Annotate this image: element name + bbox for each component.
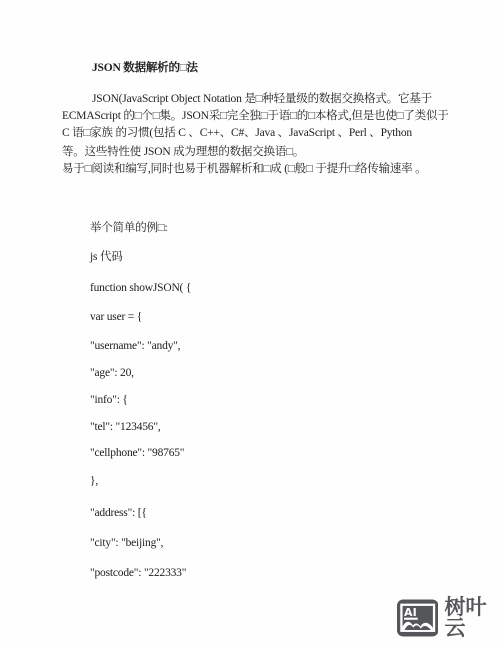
document-page: JSON 数据解析的□法 JSON(JavaScript Object Nota… [0, 0, 500, 647]
code-line: var user = { [90, 310, 142, 324]
code-line: "cellphone": "98765" [90, 446, 184, 460]
page-title: JSON 数据解析的□法 [92, 61, 198, 75]
paragraph-line: C 语□家族 的习惯(包括 C 、C++、C#、Java 、JavaScript… [62, 126, 412, 140]
watermark-logo-text: AI [404, 606, 417, 619]
code-line: "address": [{ [90, 506, 147, 520]
code-label: js 代码 [90, 250, 123, 264]
paragraph-line: 等。这些特性使 JSON 成为理想的数据交换语□。 [62, 145, 304, 159]
code-line: function showJSON( { [90, 281, 191, 295]
paragraph-line: 易于□阅读和编写,同时也易于机器解析和□成 (□般□ 于提升□络传输速率 。 [62, 162, 426, 176]
code-line: "username": "andy", [90, 339, 180, 353]
code-line: "info": { [90, 393, 128, 407]
code-line: "tel": "123456", [90, 420, 161, 434]
code-line: "postcode": "222333" [90, 566, 186, 580]
example-heading: 举个简单的例□: [90, 221, 168, 235]
code-line: }, [90, 474, 98, 488]
code-line: "age": 20, [90, 366, 134, 380]
paragraph-line: JSON(JavaScript Object Notation 是□种轻量级的数… [92, 92, 432, 106]
ai-image-icon: AI [397, 597, 438, 639]
paragraph-line: ECMAScript 的□个□集。JSON采□完全独□于语□的□本格式,但是也使… [62, 109, 449, 123]
watermark-brand-text: 树叶云 [444, 597, 500, 639]
watermark: AI 树叶云 [397, 597, 500, 639]
code-line: "city": "beijing", [90, 536, 163, 550]
